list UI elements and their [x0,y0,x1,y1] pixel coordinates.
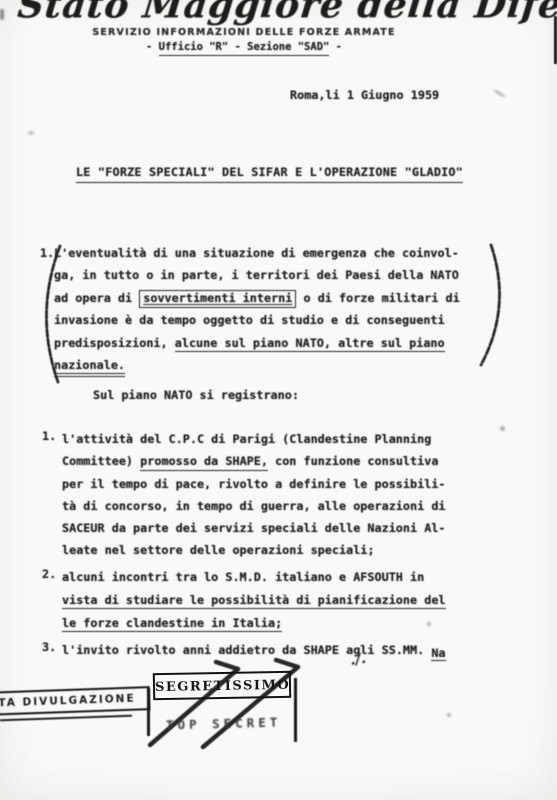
paragraph-1-number: 1. [40,246,54,260]
scan-speck [500,426,505,431]
scan-speck [28,131,34,135]
letterhead-script-title: Stato Maggiore della Difesa [16,0,551,26]
letterhead-office-line: - Ufficio "R" - Sezione "SAD" - [0,41,488,53]
classification-stamp-right-rule [294,678,297,742]
list-item-1-text: l'attività del C.P.C di Parigi (Clandest… [62,428,462,562]
list-item-2-number: 2. [42,567,56,581]
list-item-2-text: alcuni incontri tra lo S.M.D. italiano e… [62,566,462,634]
scan-speck [447,713,451,717]
list-item-3-number: 3. [42,640,56,654]
document-title: LE "FORZE SPECIALI" DEL SIFAR E L'OPERAZ… [76,165,463,183]
classification-stamp-left-rule [147,688,150,736]
paragraph-1-text: L'eventualità di una situazione di emerg… [54,242,474,376]
handwritten-continuation-mark: ./. [349,649,367,669]
list-item-1-number: 1. [42,429,56,443]
restriction-stamp-underline [0,715,132,722]
dateline: Roma,li 1 Giugno 1959 [290,88,439,102]
paren-right-mark [481,245,499,365]
scan-speck [427,622,431,626]
scan-speck [493,89,506,98]
scanned-document-page: Stato Maggiore della Difesa SERVIZIO INF… [0,0,557,800]
leadin-line: Sul piano NATO si registrano: [93,388,299,402]
list-item-3-text: l'invito rivolto anni addietro da SHAPE … [62,639,472,664]
classification-stamp-english: TOP SECRET [166,714,282,732]
classification-stamp: SEGRETISSIMO [153,671,291,700]
letterhead-org-line: SERVIZIO INFORMAZIONI DELLE FORZE ARMATE [0,27,488,38]
scan-artifact-left-edge [0,9,4,20]
restriction-stamp: TA DIVULGAZIONE [0,686,150,716]
